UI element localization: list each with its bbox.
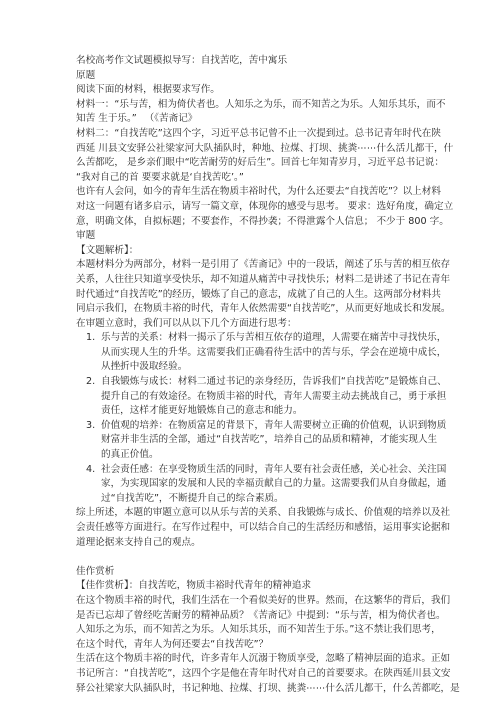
text-line: 人知乐之为乐，而不知苦之为乐。人知乐其乐，而不知苦生于乐。”这不禁让我们思考， [76,623,430,638]
text-line: 驿公社梁家大队插队时，书记种地、拉煤、打坝、挑粪⋯⋯什么活儿都干，什么苦都吃，是 [76,682,430,697]
essay-title: 【佳作赏析】：自找苦吃，物质丰裕时代青年的精神追求 [76,579,430,594]
text-line: 会责任感等方面进行。在写作过程中，可以结合自己的生活经历和感悟，运用事实论据和 [76,521,430,536]
text-line: 家，为实现国家的发展和人民的幸福贡献自己的力量。这需要我们从自身做起，通 [101,477,430,492]
analysis-points-list: 1. 乐与苦的关系：材料一揭示了乐与苦相互依存的道理，人需要在痛苦中寻找快乐， … [76,331,430,506]
text-line: “我对自己的首 要要求就是‘自找苦吃’。” [76,171,430,186]
list-number: 4. [86,463,95,478]
material-two: 材料二：“自找苦吃”这四个字，习近平总书记曾不止一次提到过。总书记青年时代在陕 … [76,127,430,185]
list-item: 3. 价值观的培养：在物质富足的背景下，青年人需要树立正确的价值观，认识到物质 … [76,419,430,463]
list-item: 1. 乐与苦的关系：材料一揭示了乐与苦相互依存的道理，人需要在痛苦中寻找快乐， … [76,331,430,375]
list-item: 2. 自我锻炼与成长：材料二通过书记的亲身经历，告诉我们“自找苦吃”是锻炼自己、… [76,375,430,419]
text-line: 时代通过“自找苦吃”的经历，锻炼了自己的意志，成就了自己的人生。这两部分材料共 [76,288,430,303]
text-line: 同启示我们，在物质丰裕的时代，青年人依然需要“自找苦吃”，从而更好地成长和发展。 [76,302,430,317]
text-line: 西延 川县文安驿公社梁家河大队插队时，种地、拉煤、打坝、挑粪⋯⋯什么活儿都干，什 [76,142,430,157]
list-item: 4. 社会责任感：在享受物质生活的同时，青年人要有社会责任感，关心社会、关注国 … [76,463,430,507]
text-line: 价值观的培养：在物质富足的背景下，青年人需要树立正确的价值观，认识到物质 [101,419,430,434]
text-line: 过“自找苦吃”，不断提升自己的综合素质。 [101,492,430,507]
section-original-heading: 原题 [76,69,430,84]
writing-prompt: 也许有人会问，如今的青年生活在物质丰裕时代，为什么还要去“自找苦吃”？以上材料 … [76,185,430,229]
text-line: 意，明确文体，自拟标题；不要套作，不得抄袭；不得泄露个人信息； 不少于 800 … [76,215,430,230]
text-line: 材料一：“乐与苦，相为倚伏者也。人知乐之为乐，而不知苦之为乐。人知乐其乐，而不 [76,98,430,113]
document-page: 名校高考作文试题模拟导写：自找苦吃，苦中寓乐 原题 阅读下面的材料，根据要求写作… [76,54,430,696]
summary-paragraph: 综上所述，本题的审题立意可以从乐与苦的关系、自我锻炼与成长、价值观的培养以及社 … [76,506,430,550]
section-analysis-heading: 审题 [76,229,430,244]
text-line: 从挫折中汲取经验。 [101,360,430,375]
text-line: 对这一问题有诸多启示，请写一篇文章，体现你的感受与思考。 要求：选好角度，确定立 [76,200,430,215]
text-line: 提升自己的有效途径。在物质丰裕的时代，青年人需要主动去挑战自己，勇于承担 [101,390,430,405]
instruction-text: 阅读下面的材料，根据要求写作。 [76,83,430,98]
text-line: 是否已忘却了曾经吃苦耐劳的精神品质？《苦斋记》中提到：“乐与苦，相为倚伏者也。 [76,609,430,624]
text-line: 材料二：“自找苦吃”这四个字，习近平总书记曾不止一次提到过。总书记青年时代在陕 [76,127,430,142]
text-line: 本题材料分为两部分，材料一是引用了《苦斋记》中的一段话，阐述了乐与苦的相互依存 [76,258,430,273]
text-line: 也许有人会问，如今的青年生活在物质丰裕时代，为什么还要去“自找苦吃”？以上材料 [76,185,430,200]
text-line: 知苦 生于乐。” （《苦斋记》 [76,112,430,127]
text-line: 书记所言：“自找苦吃”，这四个字是他在青年时代对自己的首要要求。在陕西延川县文安 [76,667,430,682]
text-line: 自我锻炼与成长：材料二通过书记的亲身经历，告诉我们“自找苦吃”是锻炼自己、 [101,375,430,390]
document-title: 名校高考作文试题模拟导写：自找苦吃，苦中寓乐 [76,54,430,69]
text-line: 在这个物质丰裕的时代，我们生活在一个看似美好的世界。然而，在这繁华的背后，我们 [76,594,430,609]
text-line: 社会责任感：在享受物质生活的同时，青年人要有社会责任感，关心社会、关注国 [101,463,430,478]
material-one: 材料一：“乐与苦，相为倚伏者也。人知乐之为乐，而不知苦之为乐。人知乐其乐，而不 … [76,98,430,127]
text-line: 的真正价值。 [101,448,430,463]
analysis-label: 【文题解析】： [76,244,430,259]
section-essay-heading: 佳作赏析 [76,565,430,580]
list-number: 2. [86,375,95,390]
text-line: 综上所述，本题的审题立意可以从乐与苦的关系、自我锻炼与成长、价值观的培养以及社 [76,506,430,521]
text-line: 责任，这样才能更好地锻炼自己的意志和能力。 [101,404,430,419]
list-number: 3. [86,419,95,434]
essay-body: 在这个物质丰裕的时代，我们生活在一个看似美好的世界。然而，在这繁华的背后，我们 … [76,594,430,696]
text-line: 乐与苦的关系：材料一揭示了乐与苦相互依存的道理，人需要在痛苦中寻找快乐， [101,331,430,346]
text-line: 从而实现人生的升华。这需要我们正确看待生活中的苦与乐，学会在逆境中成长， [101,346,430,361]
text-line: 在审题立意时，我们可以从以下几个方面进行思考： [76,317,430,332]
text-line: 生活在这个物质丰裕的时代，许多青年人沉溺于物质享受，忽略了精神层面的追求。正如 [76,652,430,667]
text-line: 财富并非生活的全部，通过“自找苦吃”，培养自己的品质和精神，才能实现人生 [101,433,430,448]
list-number: 1. [86,331,95,346]
text-line: 么苦都吃， 是乡亲们眼中“吃苦耐劳的好后生”。回首七年知青岁月，习近平总书记说： [76,156,430,171]
text-line: 在这个时代，青年人为何还要去“自找苦吃”？ [76,638,430,653]
text-line: 道理论据来支持自己的观点。 [76,536,430,551]
analysis-paragraph: 本题材料分为两部分，材料一是引用了《苦斋记》中的一段话，阐述了乐与苦的相互依存 … [76,258,430,331]
blank-line [76,550,430,565]
text-line: 关系，人往往只知道享受快乐，却不知道从痛苦中寻找快乐；材料二是讲述了书记在青年 [76,273,430,288]
